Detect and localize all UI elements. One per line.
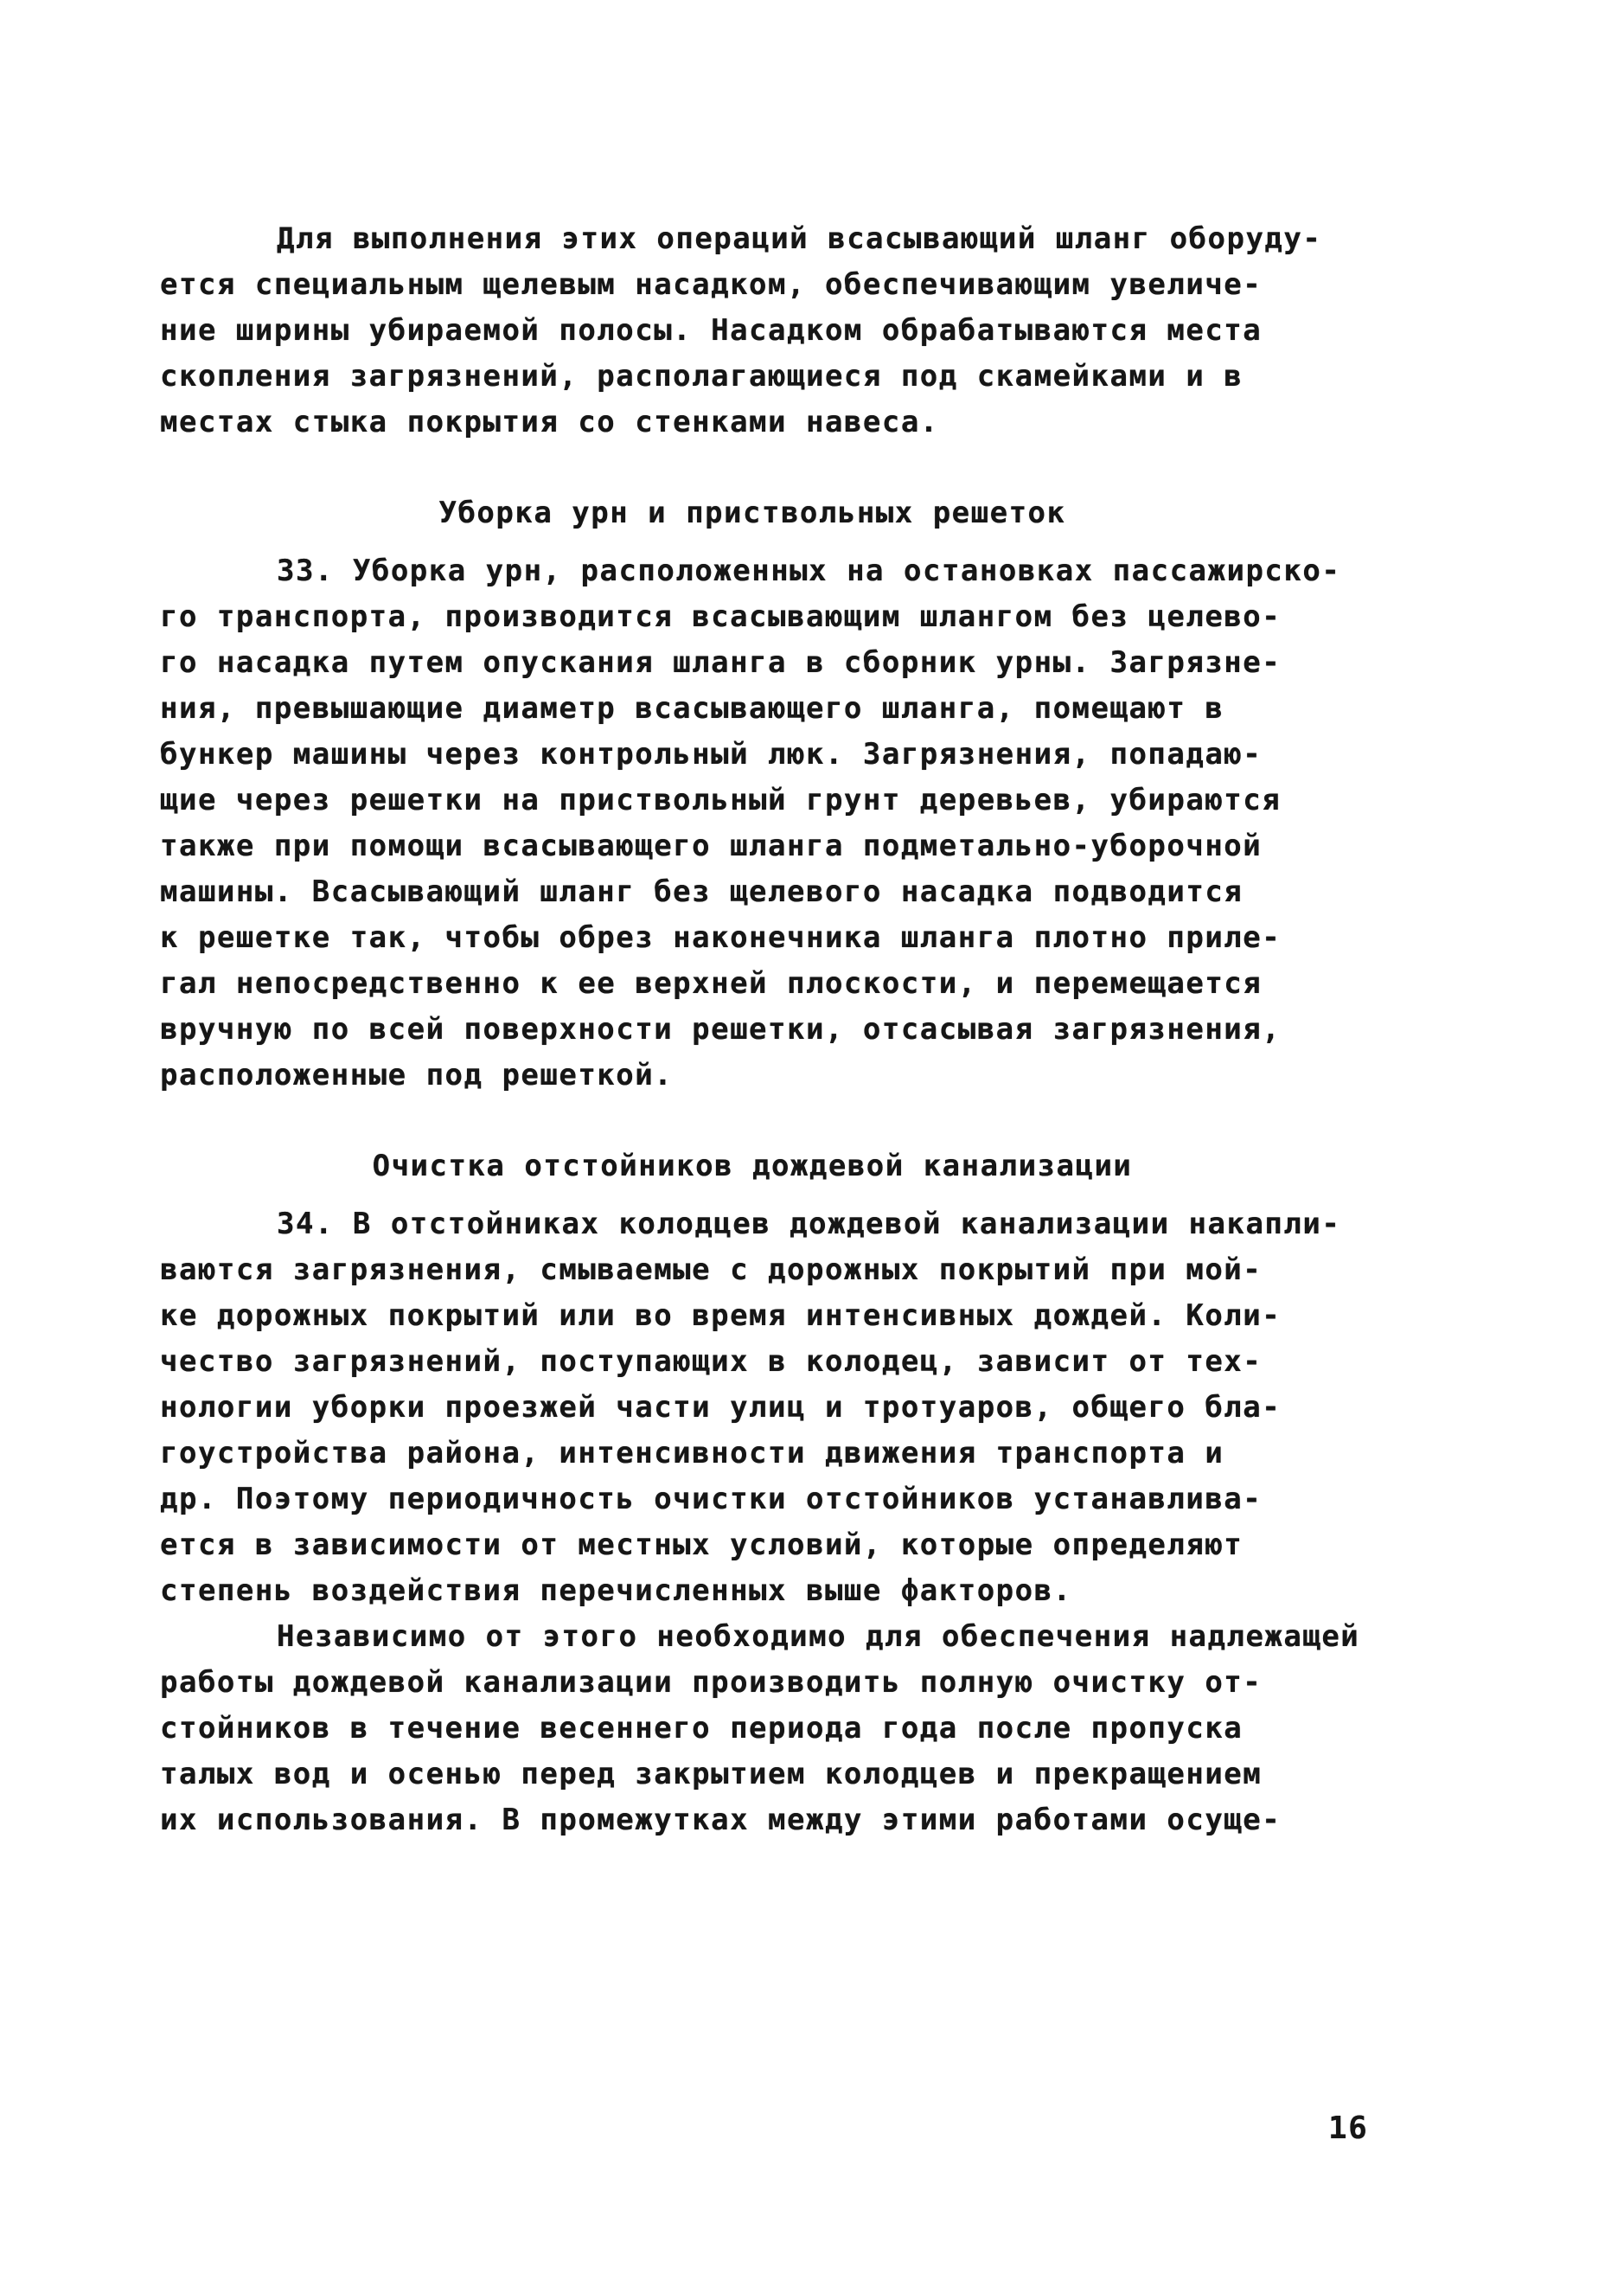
text-line: 33. Уборка урн, расположенных на останов… — [160, 548, 1345, 594]
text-line: др. Поэтому периодичность очистки отстой… — [160, 1477, 1345, 1522]
text-line: степень воздействия перечисленных выше ф… — [160, 1568, 1345, 1614]
text-line: талых вод и осенью перед закрытием колод… — [160, 1752, 1345, 1797]
section-heading: Уборка урн и приствольных решеток — [160, 490, 1345, 536]
text-line: чество загрязнений, поступающих в колоде… — [160, 1339, 1345, 1385]
text-line: нологии уборки проезжей части улиц и тро… — [160, 1385, 1345, 1431]
document-page: Для выполнения этих операций всасывающий… — [0, 0, 1624, 2287]
text-line: ется специальным щелевым насадком, обесп… — [160, 262, 1345, 308]
text-line: Для выполнения этих операций всасывающий… — [160, 216, 1345, 262]
text-line: ется в зависимости от местных условий, к… — [160, 1522, 1345, 1568]
text-line: го транспорта, производится всасывающим … — [160, 594, 1345, 640]
paragraph: 34. В отстойниках колодцев дождевой кана… — [160, 1201, 1345, 1614]
section-heading: Очистка отстойников дождевой канализации — [160, 1143, 1345, 1189]
text-line: Независимо от этого необходимо для обесп… — [160, 1614, 1345, 1660]
text-line: работы дождевой канализации производить … — [160, 1660, 1345, 1706]
text-line: скопления загрязнений, располагающиеся п… — [160, 354, 1345, 400]
text-line: бункер машины через контрольный люк. Заг… — [160, 732, 1345, 778]
text-line: ваются загрязнения, смываемые с дорожных… — [160, 1247, 1345, 1293]
text-line: стойников в течение весеннего периода го… — [160, 1706, 1345, 1752]
text-line: гал непосредственно к ее верхней плоскос… — [160, 961, 1345, 1007]
text-line: расположенные под решеткой. — [160, 1053, 1345, 1099]
text-line: машины. Всасывающий шланг без щелевого н… — [160, 869, 1345, 915]
text-line: вручную по всей поверхности решетки, отс… — [160, 1007, 1345, 1053]
text-line: щие через решетки на приствольный грунт … — [160, 778, 1345, 823]
text-line: ке дорожных покрытий или во время интенс… — [160, 1293, 1345, 1339]
page-number: 16 — [1328, 2105, 1368, 2151]
text-line: их использования. В промежутках между эт… — [160, 1797, 1345, 1843]
text-line: гоустройства района, интенсивности движе… — [160, 1431, 1345, 1477]
text-line: ние ширины убираемой полосы. Насадком об… — [160, 308, 1345, 354]
text-column: Для выполнения этих операций всасывающий… — [160, 216, 1345, 1843]
paragraph: 33. Уборка урн, расположенных на останов… — [160, 548, 1345, 1099]
paragraph: Независимо от этого необходимо для обесп… — [160, 1614, 1345, 1843]
text-line: к решетке так, чтобы обрез наконечника ш… — [160, 915, 1345, 961]
text-line: ния, превышающие диаметр всасывающего шл… — [160, 686, 1345, 732]
text-line: также при помощи всасывающего шланга под… — [160, 823, 1345, 869]
text-line: го насадка путем опускания шланга в сбор… — [160, 640, 1345, 686]
text-line: 34. В отстойниках колодцев дождевой кана… — [160, 1201, 1345, 1247]
text-line: местах стыка покрытия со стенками навеса… — [160, 400, 1345, 445]
paragraph: Для выполнения этих операций всасывающий… — [160, 216, 1345, 445]
